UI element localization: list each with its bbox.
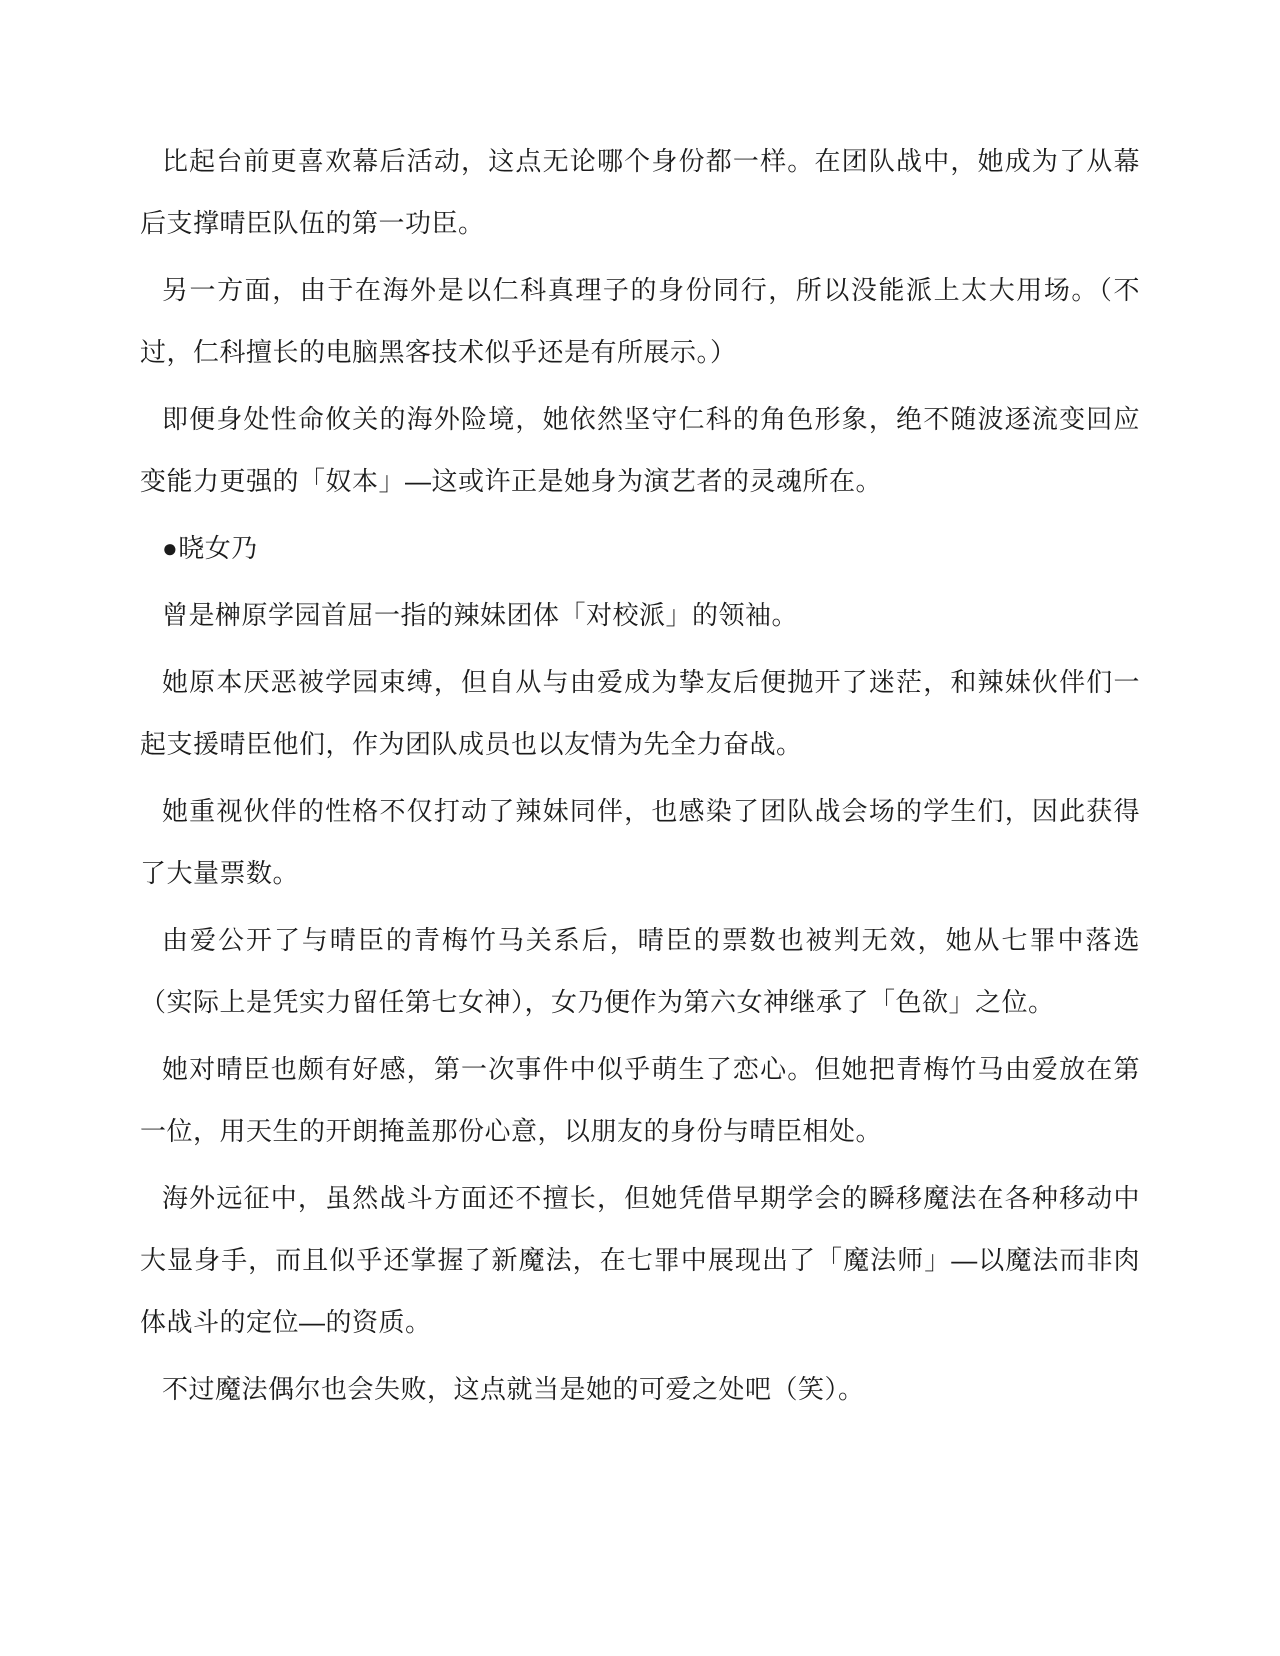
paragraph: 不过魔法偶尔也会失败，这点就当是她的可爱之处吧（笑）。 xyxy=(140,1358,1140,1420)
document-page: 比起台前更喜欢幕后活动，这点无论哪个身份都一样。在团队战中，她成为了从幕后支撑晴… xyxy=(0,0,1280,1656)
paragraph: 另一方面，由于在海外是以仁科真理子的身份同行，所以没能派上太大用场。（不过，仁科… xyxy=(140,259,1140,383)
paragraph: 她重视伙伴的性格不仅打动了辣妹同伴，也感染了团队战会场的学生们，因此获得了大量票… xyxy=(140,780,1140,904)
paragraph: 她对晴臣也颇有好感，第一次事件中似乎萌生了恋心。但她把青梅竹马由爱放在第一位，用… xyxy=(140,1038,1140,1162)
paragraph: 海外远征中，虽然战斗方面还不擅长，但她凭借早期学会的瞬移魔法在各种移动中大显身手… xyxy=(140,1167,1140,1353)
section-heading: ●晓女乃 xyxy=(140,517,1140,579)
text-content: 比起台前更喜欢幕后活动，这点无论哪个身份都一样。在团队战中，她成为了从幕后支撑晴… xyxy=(140,130,1140,1425)
section-title: 晓女乃 xyxy=(178,533,258,563)
paragraph: 她原本厌恶被学园束缚，但自从与由爱成为挚友后便抛开了迷茫，和辣妹伙伴们一起支援晴… xyxy=(140,651,1140,775)
paragraph: 即便身处性命攸关的海外险境，她依然坚守仁科的角色形象，绝不随波逐流变回应变能力更… xyxy=(140,388,1140,512)
paragraph: 比起台前更喜欢幕后活动，这点无论哪个身份都一样。在团队战中，她成为了从幕后支撑晴… xyxy=(140,130,1140,254)
paragraph: 由爱公开了与晴臣的青梅竹马关系后，晴臣的票数也被判无效，她从七罪中落选（实际上是… xyxy=(140,909,1140,1033)
bullet-icon: ● xyxy=(162,533,178,563)
paragraph: 曾是榊原学园首屈一指的辣妹团体「对校派」的领袖。 xyxy=(140,584,1140,646)
